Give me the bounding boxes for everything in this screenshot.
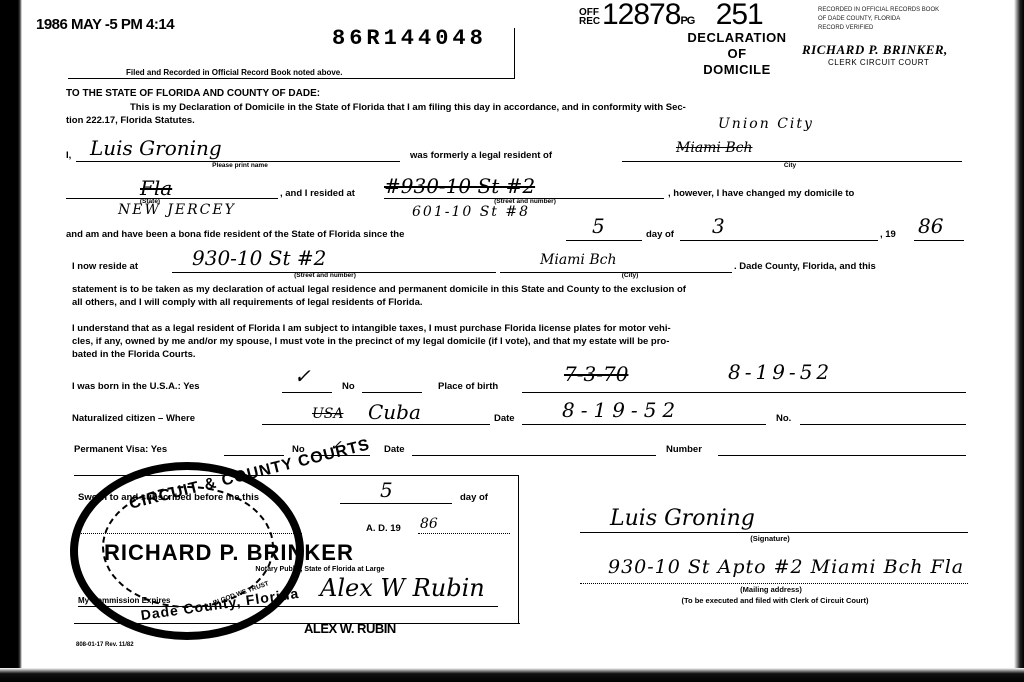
visa-date-label: Date <box>384 444 405 455</box>
visa-label: Permanent Visa: Yes <box>74 444 167 455</box>
since-year-line <box>914 240 964 241</box>
sworn-day-field[interactable]: 5 <box>380 478 393 502</box>
since-text: and am and have been a bona fide residen… <box>66 229 404 240</box>
document-title: DECLARATION OF DOMICILE <box>672 30 802 78</box>
name-caption: Please print name <box>180 162 300 169</box>
name-field[interactable]: Luis Groning <box>90 136 222 160</box>
book-number: 12878 <box>602 0 680 31</box>
dade-text: . Dade County, Florida, and this <box>734 261 876 272</box>
signature-field[interactable]: Luis Groning <box>610 506 755 531</box>
ad-text: A. D. 19 <box>366 523 401 534</box>
place-of-birth-field[interactable]: 8-19-52 <box>728 360 833 384</box>
since-month-line <box>680 240 878 241</box>
naturalized-number-line[interactable] <box>800 424 966 425</box>
visa-number-line[interactable] <box>718 455 966 456</box>
former-state-correction: New Jercey <box>118 202 236 218</box>
scan-edge-right <box>1014 0 1024 682</box>
year-prefix: , 19 <box>880 229 896 240</box>
visa-yes-line[interactable] <box>224 455 284 456</box>
naturalized-date-label: Date <box>494 413 515 424</box>
notary-printed-name: ALEX W. RUBIN <box>304 621 396 636</box>
sworn-day-of-text: day of <box>460 492 488 503</box>
line-i: I, <box>66 150 71 161</box>
naturalized-date-line <box>522 424 766 425</box>
current-street-caption: (Street and number) <box>270 272 380 279</box>
visa-number-label: Number <box>666 444 702 455</box>
visa-date-line[interactable] <box>412 455 656 456</box>
changed-text: , however, I have changed my domicile to <box>668 188 854 199</box>
sworn-day-line <box>340 503 452 504</box>
clerk-stamp-text: RECORDED IN OFFICIAL RECORDS BOOK OF DAD… <box>818 6 939 33</box>
naturalized-where-struck: USA <box>312 406 344 422</box>
former-street-field[interactable]: #930-10 St #2 <box>384 174 535 198</box>
understand-line-3: bated in the Florida Courts. <box>72 349 196 360</box>
since-day-line <box>566 240 642 241</box>
born-yes-checkbox[interactable]: ✓ <box>294 364 311 388</box>
naturalized-label: Naturalized citizen – Where <box>72 413 195 424</box>
born-yes-line <box>282 392 332 393</box>
intro-line-2: tion 222.17, Florida Statutes. <box>66 115 195 126</box>
since-year-field[interactable]: 86 <box>918 214 943 238</box>
mailing-address-field[interactable]: 930-10 St Apto #2 Miami Bch Fla <box>608 556 964 578</box>
statement-line-1: statement is to be taken as my declarati… <box>72 284 686 295</box>
former-city-correction: Union City <box>718 116 814 132</box>
born-usa-label: I was born in the U.S.A.: Yes <box>72 381 200 392</box>
statement-line-2: all others, and I will comply with all r… <box>72 297 423 308</box>
clerk-title: CLERK CIRCUIT COURT <box>828 58 929 67</box>
naturalized-date-field[interactable]: 8-19-52 <box>562 398 681 422</box>
reside-text: I now reside at <box>72 261 138 272</box>
naturalized-where-line <box>262 424 490 425</box>
mailing-address-caption: (Mailing address) <box>716 585 826 594</box>
former-city-field[interactable]: Miami Bch <box>676 140 753 156</box>
clerk-name: RICHARD P. BRINKER, <box>802 42 948 58</box>
former-state-field[interactable]: Fla <box>140 176 172 200</box>
ad-year-field[interactable]: 86 <box>420 516 438 532</box>
born-no-label: No <box>342 381 355 392</box>
mailing-address-line <box>580 583 968 584</box>
form-number: 808-01-17 Rev. 11/82 <box>76 642 134 648</box>
scan-edge-left <box>0 0 22 682</box>
current-city-caption: (City) <box>610 272 650 279</box>
current-city-field[interactable]: Miami Bch <box>540 252 617 268</box>
page-number: 251 <box>716 0 763 31</box>
current-street-field[interactable]: 930-10 St #2 <box>192 246 326 270</box>
notary-signature: Alex W Rubin <box>320 574 485 602</box>
filing-instruction: (To be executed and filed with Clerk of … <box>600 596 950 605</box>
naturalized-number-label: No. <box>776 413 791 424</box>
filed-note: Filed and Recorded in Official Record Bo… <box>126 68 342 77</box>
ad-year-line <box>418 533 510 534</box>
understand-line-2: cles, if any, owned by me and/or my spou… <box>72 336 669 347</box>
book-label: OFF REC <box>579 8 600 26</box>
place-of-birth-label: Place of birth <box>438 381 498 392</box>
signature-line <box>580 532 968 533</box>
place-of-birth-struck: 7-3-70 <box>564 362 628 386</box>
day-of-text: day of <box>646 229 674 240</box>
salutation: TO THE STATE OF FLORIDA AND COUNTY OF DA… <box>66 88 320 99</box>
official-record-book: 12878PG 251 <box>602 0 763 32</box>
scan-edge-bottom <box>0 668 1024 682</box>
understand-line-1: I understand that as a legal resident of… <box>72 323 671 334</box>
since-day-field[interactable]: 5 <box>592 214 605 238</box>
intro-line-1: This is my Declaration of Domicile in th… <box>130 102 686 113</box>
former-street-correction: 601-10 St #8 <box>412 204 530 220</box>
formerly-text: was formerly a legal resident of <box>410 150 552 161</box>
signature-caption: (Signature) <box>720 534 820 543</box>
born-no-line[interactable] <box>362 392 422 393</box>
resided-text: , and I resided at <box>280 188 355 199</box>
naturalized-where-field[interactable]: Cuba <box>368 400 421 424</box>
city-caption: City <box>770 162 810 169</box>
place-of-birth-line <box>522 392 966 393</box>
since-month-field[interactable]: 3 <box>712 214 725 238</box>
page-label: PG <box>680 15 694 27</box>
